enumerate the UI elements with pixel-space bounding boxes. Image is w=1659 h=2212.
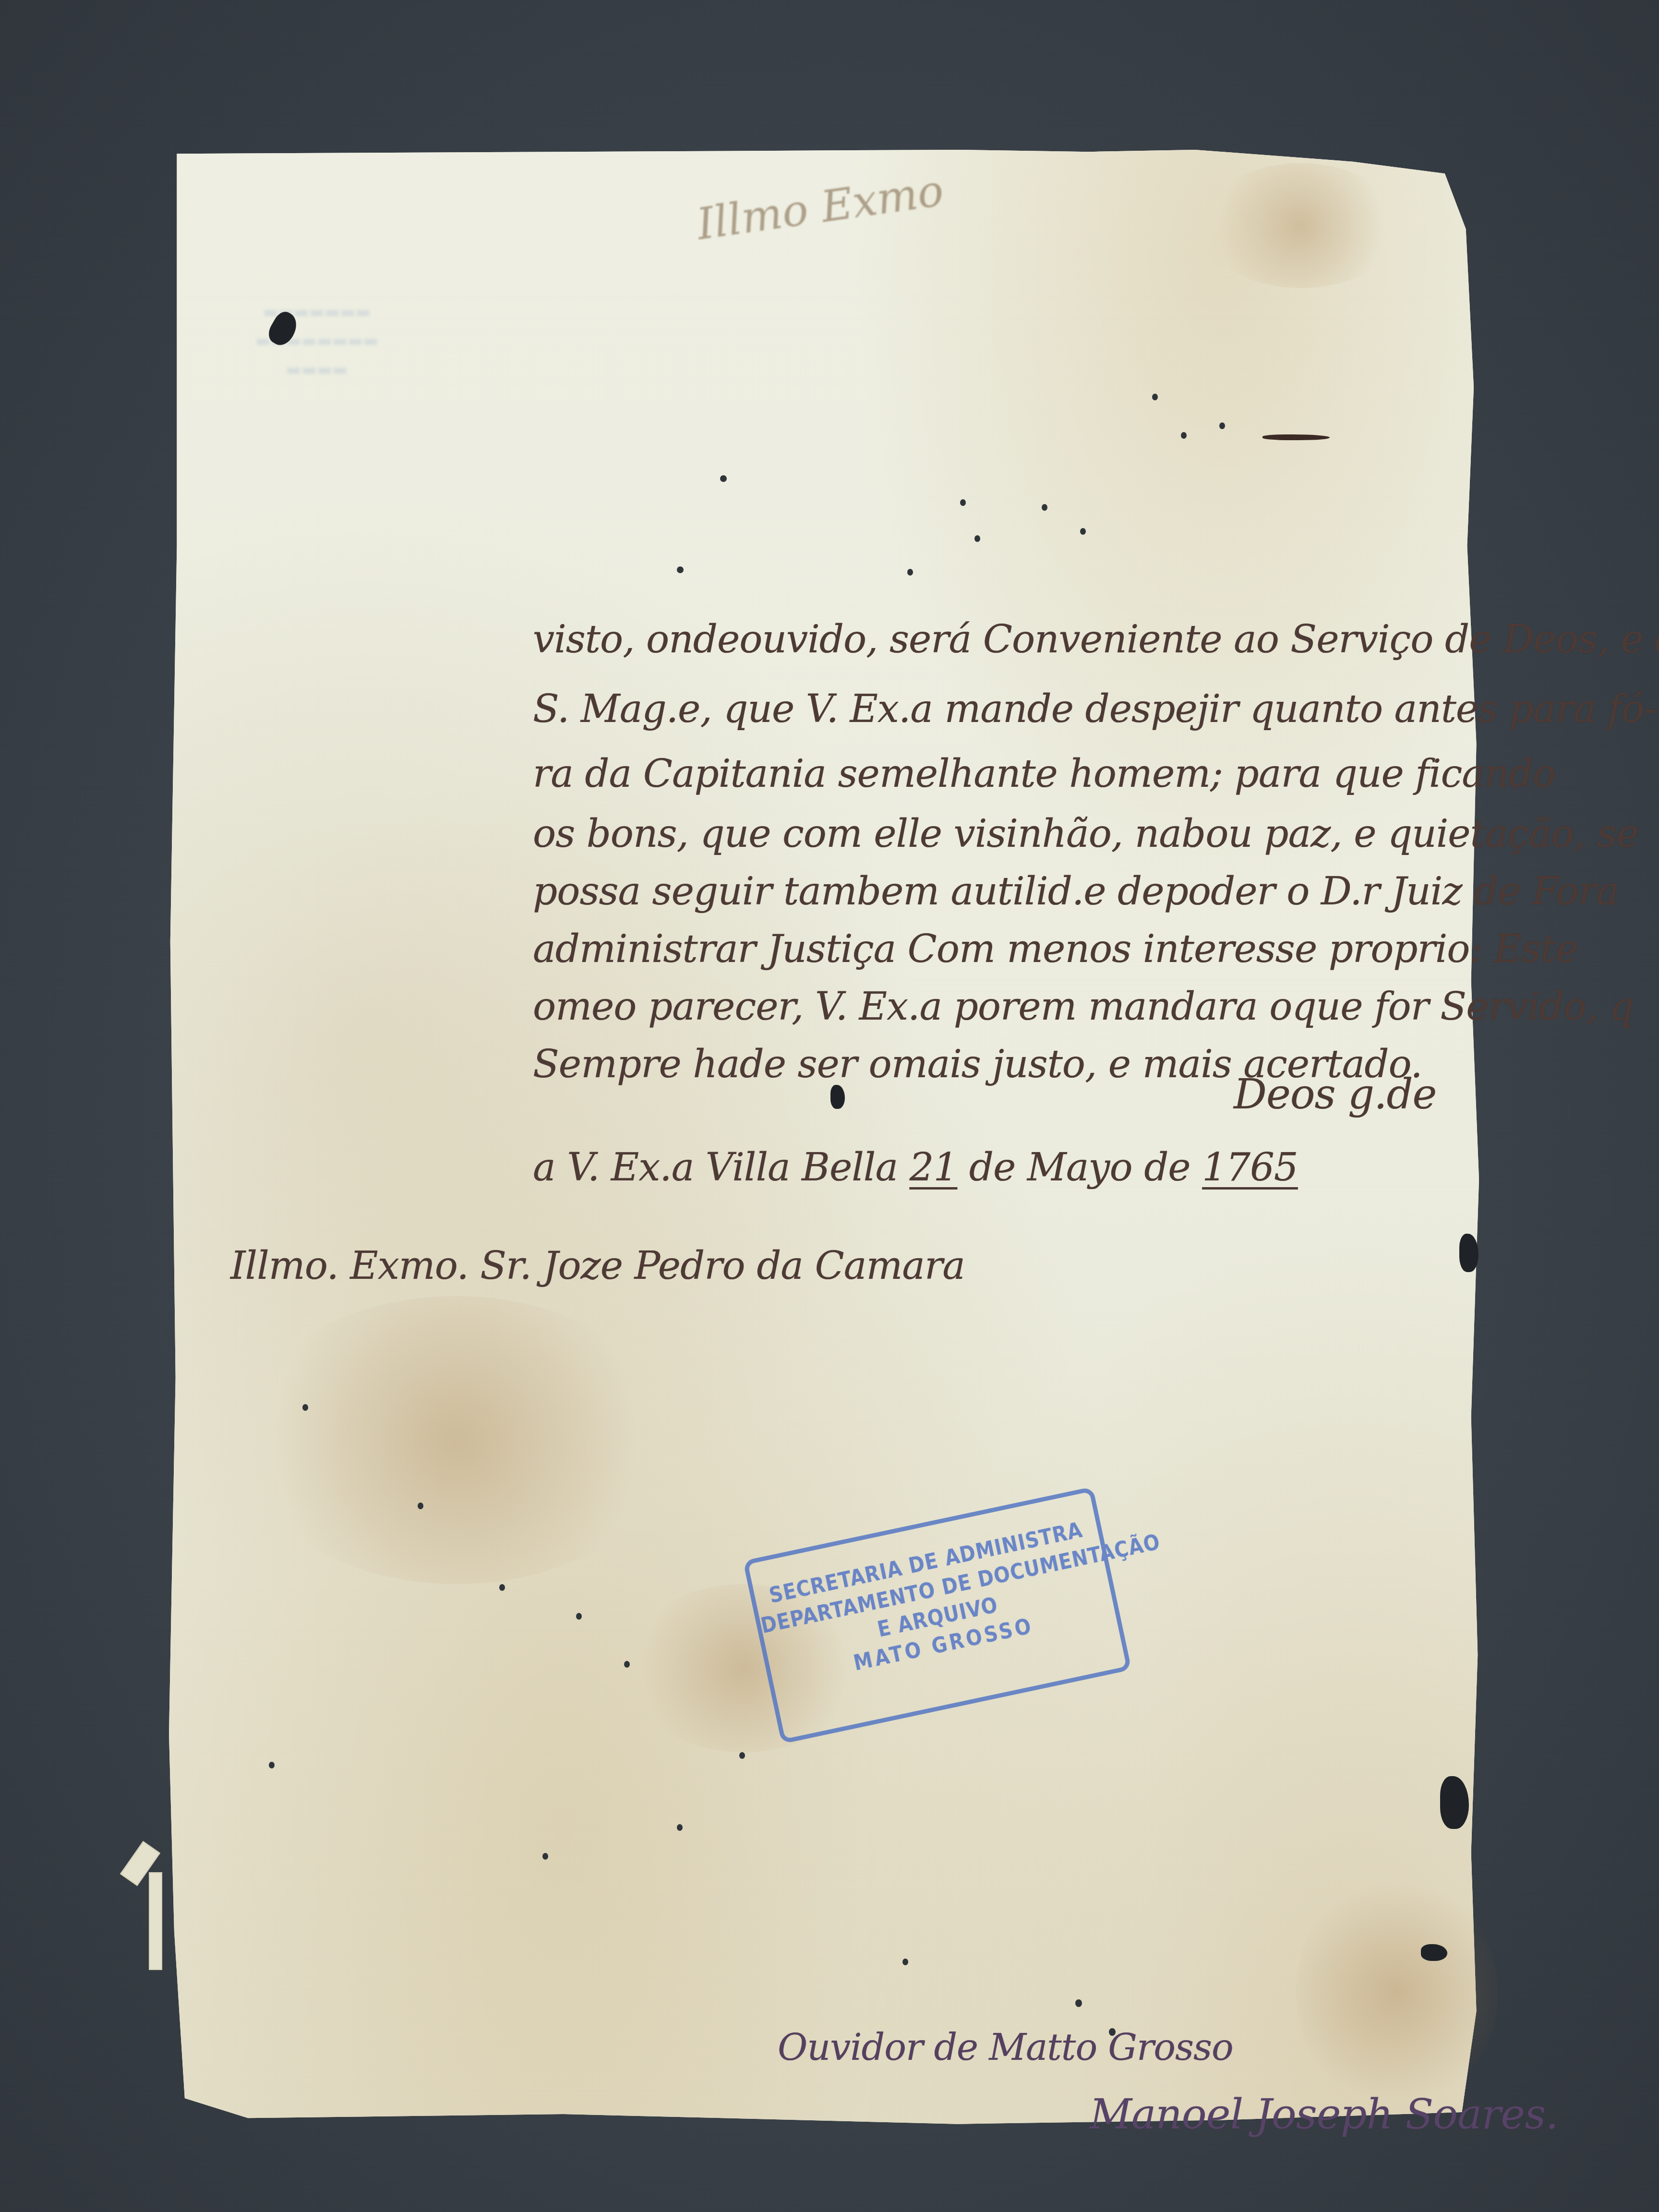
worm-hole [1080, 528, 1086, 535]
signatory-name: Manoel Joseph Soares. [1090, 2091, 1558, 2139]
letter-line-7: omeo parecer, V. Ex.a porem mandara oque… [533, 984, 1634, 1029]
worm-hole [902, 1959, 908, 1965]
closing-formula: Deos g.de [1234, 1070, 1436, 1118]
date-day: 21 [910, 1145, 958, 1190]
worm-hole [720, 475, 727, 482]
worm-hole [302, 1404, 308, 1411]
ink-blot [830, 1085, 845, 1109]
worm-hole [960, 499, 966, 506]
date-month: de Mayo de [969, 1145, 1190, 1190]
worm-hole [418, 1503, 423, 1509]
signatory-title: Ouvidor de Matto Grosso [778, 2026, 1233, 2068]
addressee-line: Illmo. Exmo. Sr. Joze Pedro da Camara [230, 1243, 965, 1288]
worm-hole [739, 1752, 745, 1759]
letter-line-6: administrar Justiça Com menos interesse … [533, 926, 1578, 971]
letter-line-2: S. Mag.e, que V. Ex.a mande despejir qua… [533, 686, 1657, 731]
worm-hole [1181, 432, 1187, 439]
worm-hole [499, 1584, 505, 1591]
date-year: 1765 [1202, 1145, 1298, 1190]
worm-hole [1109, 2028, 1116, 2036]
worm-hole [542, 1853, 548, 1860]
ink-blot [1262, 434, 1330, 440]
paper-stain [1296, 1872, 1498, 2112]
worm-hole [1219, 422, 1225, 429]
letter-line-4: os bons, que com elle visinhão, nabou pa… [533, 811, 1638, 856]
paper-stain [1200, 163, 1402, 288]
worm-hole [1152, 394, 1158, 400]
letter-line-3: ra da Capitania semelhante homem; para q… [533, 751, 1555, 796]
letter-line-1: visto, ondeouvido, será Conveniente ao S… [533, 617, 1659, 661]
paper-stain [240, 1296, 672, 1584]
worm-hole [974, 535, 980, 542]
torn-paper-fragment [149, 1872, 162, 1970]
worm-hole [576, 1613, 582, 1620]
date-place: a V. Ex.a Villa Bella [533, 1145, 898, 1190]
faded-old-stamp: ▬▬▬▬▬▬▬ ▬▬▬▬▬▬▬▬ ▬▬▬▬ [202, 298, 432, 408]
worm-hole [677, 566, 684, 573]
date-line: a V. Ex.a Villa Bella 21 de Mayo de 1765 [533, 1145, 1298, 1190]
worm-hole [1042, 504, 1047, 511]
manuscript-sheet [169, 150, 1484, 2130]
worm-hole [677, 1824, 683, 1831]
worm-hole [907, 569, 913, 576]
worm-hole [269, 1762, 275, 1768]
letter-line-5: possa seguir tambem autilid.e depoder o … [533, 869, 1619, 914]
ink-blot [1421, 1944, 1447, 1961]
worm-hole [624, 1661, 630, 1668]
worm-hole [1075, 1999, 1082, 2007]
